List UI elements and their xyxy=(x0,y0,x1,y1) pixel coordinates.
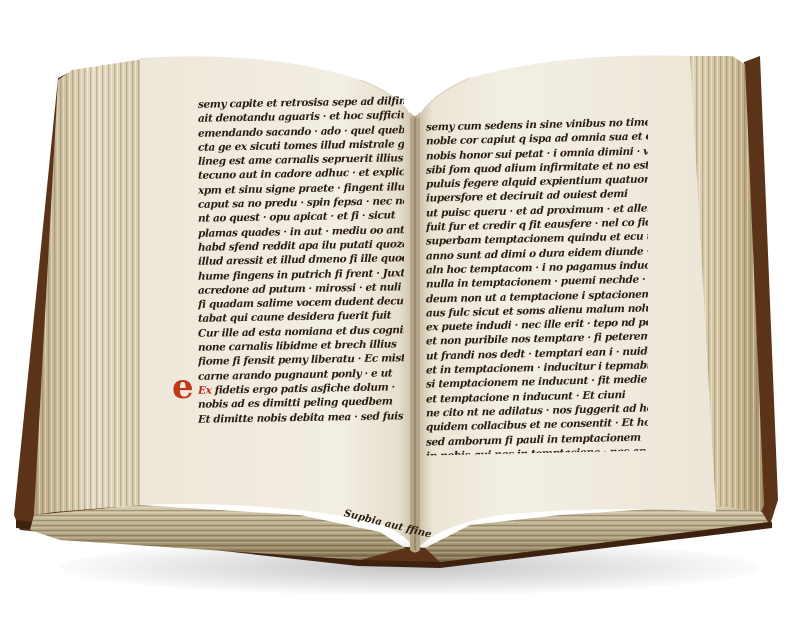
right-page-text: semy cum sedens in sine vinibus no timet… xyxy=(426,115,648,455)
manuscript-photo: semy capite et retrosisa sepe ad dilfinn… xyxy=(0,0,811,621)
rubric-marker: Ex xyxy=(198,385,211,397)
left-page-text: semy capite et retrosisa sepe ad dilfinn… xyxy=(198,94,404,428)
red-initial-letter: e xyxy=(172,372,198,402)
